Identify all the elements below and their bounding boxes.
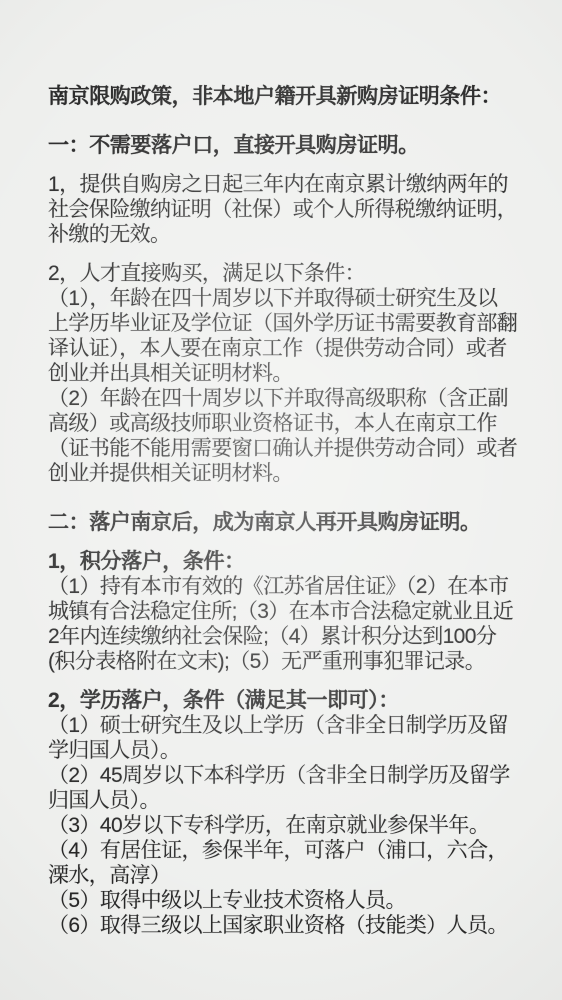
text-line: （5）取得中级以上专业技术资格人员。	[48, 888, 522, 913]
text-line: （1），年龄在四十周岁以下并取得硕士研究生及以	[48, 286, 522, 311]
text-line: 社会保险缴纳证明（社保）或个人所得税缴纳证明，	[48, 197, 522, 222]
text-line: 补缴的无效。	[48, 222, 522, 247]
text-line: 南京限购政策，非本地户籍开具新购房证明条件：	[48, 84, 522, 109]
document-title: 南京限购政策，非本地户籍开具新购房证明条件：	[48, 84, 522, 109]
text-line: 归国人员）。	[48, 788, 522, 813]
text-line: 1，提供自购房之日起三年内在南京累计缴纳两年的	[48, 172, 522, 197]
text-line: (积分表格附在文末);（5）无严重刑事犯罪记录。	[48, 649, 522, 674]
paragraph: 1，提供自购房之日起三年内在南京累计缴纳两年的社会保险缴纳证明（社保）或个人所得…	[48, 172, 522, 247]
text-line: （1）硕士研究生及以上学历（含非全日制学历及留	[48, 713, 522, 738]
text-line: 一：不需要落户口，直接开具购房证明。	[48, 133, 522, 158]
text-line: 创业并出具相关证明材料。	[48, 361, 522, 386]
text-line: （4）有居住证，参保半年，可落户（浦口，六合，	[48, 838, 522, 863]
text-line: （证书能不能用需要窗口确认并提供劳动合同）或者	[48, 436, 522, 461]
text-line: 高级）或高级技师职业资格证书，本人在南京工作	[48, 411, 522, 436]
text-line: 译认证），本人要在南京工作（提供劳动合同）或者	[48, 336, 522, 361]
text-line: 2，学历落户，条件（满足其一即可）：	[48, 688, 522, 713]
section-heading: 一：不需要落户口，直接开具购房证明。	[48, 133, 522, 158]
text-line: 溧水，高淳）	[48, 863, 522, 888]
paragraph: 2，人才直接购买，满足以下条件：（1），年龄在四十周岁以下并取得硕士研究生及以上…	[48, 261, 522, 486]
text-line: （1）持有本市有效的《江苏省居住证》（2）在本市	[48, 574, 522, 599]
text-line: 2，人才直接购买，满足以下条件：	[48, 261, 522, 286]
text-line: 学归国人员）。	[48, 738, 522, 763]
text-line: （2）年龄在四十周岁以下并取得高级职称（含正副	[48, 386, 522, 411]
text-line: （3）40岁以下专科学历，在南京就业参保半年。	[48, 813, 522, 838]
text-line: （6）取得三级以上国家职业资格（技能类）人员。	[48, 913, 522, 938]
paragraph: 1，积分落户，条件：（1）持有本市有效的《江苏省居住证》（2）在本市城镇有合法稳…	[48, 549, 522, 674]
text-line: 2年内连续缴纳社会保险;（4）累计积分达到100分	[48, 624, 522, 649]
text-line: 城镇有合法稳定住所;（3）在本市合法稳定就业且近	[48, 599, 522, 624]
paragraph: 2，学历落户，条件（满足其一即可）：（1）硕士研究生及以上学历（含非全日制学历及…	[48, 688, 522, 938]
section-heading: 二：落户南京后，成为南京人再开具购房证明。	[48, 510, 522, 535]
text-line: （2）45周岁以下本科学历（含非全日制学历及留学	[48, 763, 522, 788]
text-line: 二：落户南京后，成为南京人再开具购房证明。	[48, 510, 522, 535]
policy-text-body: 南京限购政策，非本地户籍开具新购房证明条件：一：不需要落户口，直接开具购房证明。…	[0, 0, 562, 938]
policy-photo-document: 南京限购政策，非本地户籍开具新购房证明条件：一：不需要落户口，直接开具购房证明。…	[0, 0, 562, 1000]
text-line: 创业并提供相关证明材料。	[48, 461, 522, 486]
text-line: 1，积分落户，条件：	[48, 549, 522, 574]
text-line: 上学历毕业证及学位证（国外学历证书需要教育部翻	[48, 311, 522, 336]
